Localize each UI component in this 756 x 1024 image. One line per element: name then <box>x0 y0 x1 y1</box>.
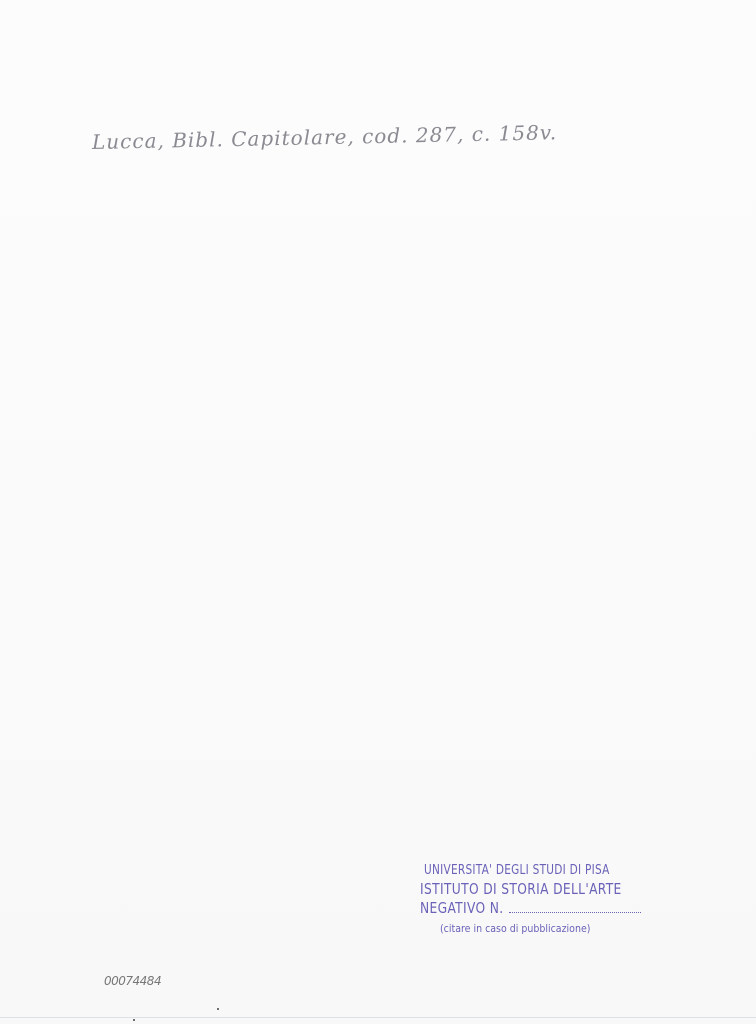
stamp-citation-note: (citare in caso di pubblicazione) <box>440 923 690 935</box>
speck <box>133 1019 135 1021</box>
card-edge <box>0 1017 756 1018</box>
inventory-number: 00074484 <box>104 974 161 988</box>
document-page: Lucca, Bibl. Capitolare, cod. 287, c. 15… <box>0 0 756 1024</box>
handwritten-caption: Lucca, Bibl. Capitolare, cod. 287, c. 15… <box>92 120 558 154</box>
speck <box>217 1008 219 1010</box>
institution-stamp: UNIVERSITA' DEGLI STUDI DI PISA ISTITUTO… <box>420 863 690 935</box>
stamp-negative-row: NEGATIVO N. <box>420 899 690 917</box>
stamp-institute: ISTITUTO DI STORIA DELL'ARTE <box>420 880 658 898</box>
stamp-negative-label: NEGATIVO N. <box>420 899 504 917</box>
stamp-negative-blank <box>509 911 641 913</box>
stamp-university: UNIVERSITA' DEGLI STUDI DI PISA <box>424 863 663 878</box>
